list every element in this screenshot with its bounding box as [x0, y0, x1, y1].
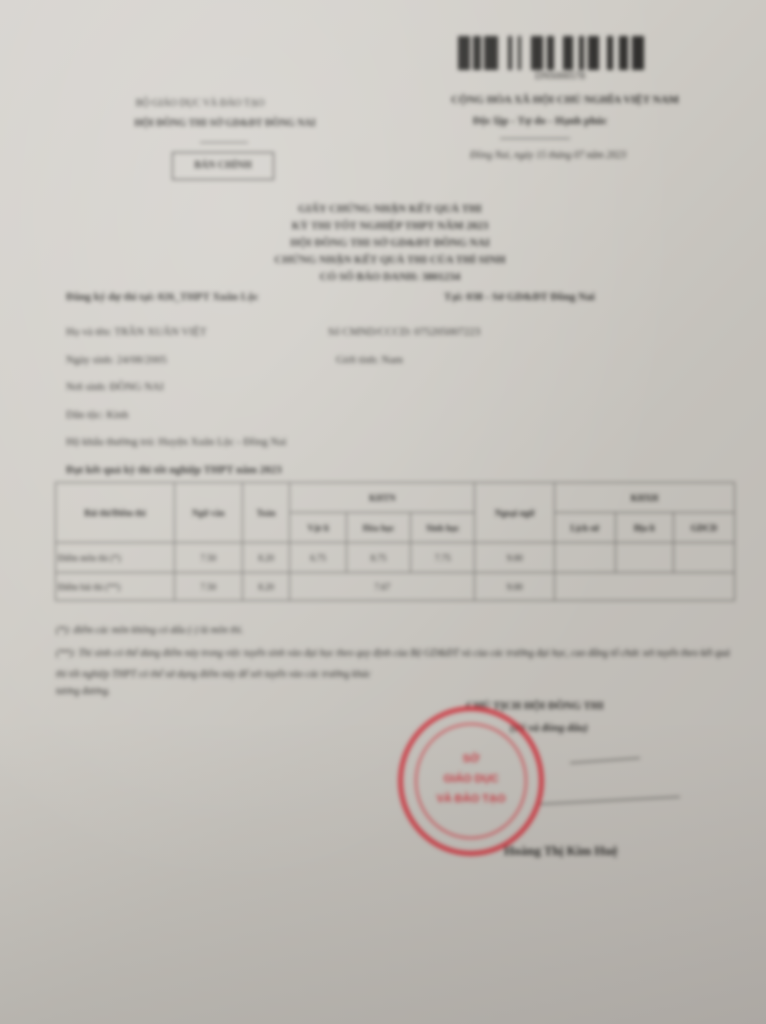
candidate-gender: Giới tính: Nam — [336, 354, 403, 366]
certificate-page: DNS000578 BỘ GIÁO DỤC VÀ ĐÀO TẠO HỘI ĐỒN… — [0, 0, 766, 1024]
title-line-5: CÓ SỐ BÁO DANH: 3801234 — [180, 271, 600, 283]
seal-text-2: GIÁO DỤC — [403, 773, 539, 785]
header-foreign-language: Ngoại ngữ — [475, 483, 555, 543]
barcode-number: DNS000578 — [470, 71, 650, 82]
registration-place: Đăng ký dự thi tại: 026_THPT Xuân Lộc — [66, 291, 259, 303]
header-literature: Ngữ văn — [174, 483, 242, 543]
candidate-ethnicity: Dân tộc: Kinh — [66, 409, 128, 421]
header-math: Toán — [242, 483, 289, 543]
results-heading: Đạt kết quả kỳ thi tốt nghiệp THPT năm 2… — [66, 464, 282, 476]
header-natural-sciences: KHTN — [290, 483, 475, 513]
candidate-dob: Ngày sinh: 24/08/2005 — [66, 354, 167, 366]
title-line-4: CHỨNG NHẬN KẾT QUẢ THI CỦA THÍ SINH — [180, 254, 600, 266]
candidate-id-number: Số CMND/CCCD: 075205007223 — [328, 326, 480, 338]
row-label: Điểm bài thi (**) — [56, 573, 175, 601]
exam-council-name: HỘI ĐỒNG THI SỞ GD&ĐT ĐỒNG NAI — [80, 118, 370, 129]
score-biology: 7.75 — [411, 543, 475, 573]
barcode — [458, 36, 656, 70]
original-copy-badge: BẢN CHÍNH — [172, 152, 274, 180]
place-date: Đồng Nai, ngày 15 tháng 07 năm 2023 — [470, 150, 626, 161]
score-math: 8.20 — [242, 543, 289, 573]
score-foreign-language: 9.00 — [475, 543, 555, 573]
score-geography — [615, 543, 673, 573]
score-physics: 6.75 — [290, 543, 347, 573]
table-row: Điểm bài thi (**) 7.50 8.20 7.67 9.00 — [56, 573, 735, 601]
score-literature: 7.50 — [174, 543, 242, 573]
header-biology: Sinh học — [411, 513, 475, 543]
note-2: (**): Thí sinh có thể dùng điểm này tron… — [56, 643, 732, 685]
note-3: tương đương. — [56, 686, 110, 697]
header-physics: Vật lí — [290, 513, 347, 543]
candidate-birthplace: Nơi sinh: ĐỒNG NAI — [66, 381, 164, 393]
header-chemistry: Hóa học — [346, 513, 410, 543]
nation-title: CỘNG HÒA XÃ HỘI CHỦ NGHĨA VIỆT NAM — [400, 94, 730, 106]
score-civics — [673, 543, 734, 573]
signature-stroke — [540, 796, 680, 804]
header-social-sciences: KHXH — [554, 483, 734, 513]
signature-stroke — [570, 758, 640, 764]
row-label: Điểm môn thi (*) — [56, 543, 175, 573]
score-chemistry: 8.75 — [346, 543, 410, 573]
scores-table: Bài thi/Điểm thi Ngữ văn Toán KHTN Ngoại… — [55, 482, 735, 601]
note-1: (*): điểm các môn không có dấu (-) là mô… — [56, 625, 243, 636]
score-history — [554, 543, 615, 573]
header-type: Bài thi/Điểm thi — [56, 483, 175, 543]
exam-location: Tại: 038 - Sở GD&ĐT Đồng Nai — [444, 291, 595, 303]
seal-text-1: SỞ — [403, 753, 539, 765]
title-line-3: HỘI ĐỒNG THI SỞ GD&ĐT ĐỒNG NAI — [180, 237, 600, 249]
header-left-underline — [200, 142, 248, 143]
signer-name: Hoàng Thị Kim Huệ — [504, 843, 618, 859]
title-line-2: KỲ THI TỐT NGHIỆP THPT NĂM 2023 — [180, 220, 600, 232]
score-social-sciences-combined — [554, 573, 734, 601]
official-seal: SỞ GIÁO DỤC VÀ ĐÀO TẠO — [398, 706, 544, 856]
candidate-address: Hộ khẩu thường trú: Huyện Xuân Lộc - Đồn… — [66, 436, 286, 448]
header-history: Lịch sử — [554, 513, 615, 543]
seal-text-3: VÀ ĐÀO TẠO — [403, 793, 539, 805]
header-right-underline — [500, 138, 570, 139]
score-natural-sciences-combined: 7.67 — [290, 573, 475, 601]
table-row: Điểm môn thi (*) 7.50 8.20 6.75 8.75 7.7… — [56, 543, 735, 573]
score-literature: 7.50 — [174, 573, 242, 601]
score-foreign-language: 9.00 — [475, 573, 555, 601]
header-civics: GDCD — [673, 513, 734, 543]
candidate-name: Họ và tên: TRẦN XUÂN VIỆT — [66, 326, 206, 338]
header-geography: Địa lí — [615, 513, 673, 543]
score-math: 8.20 — [242, 573, 289, 601]
title-line-1: GIẤY CHỨNG NHẬN KẾT QUẢ THI — [180, 203, 600, 215]
ministry-name: BỘ GIÁO DỤC VÀ ĐÀO TẠO — [80, 98, 320, 109]
national-motto: Độc lập - Tự do - Hạnh phúc — [430, 115, 650, 127]
